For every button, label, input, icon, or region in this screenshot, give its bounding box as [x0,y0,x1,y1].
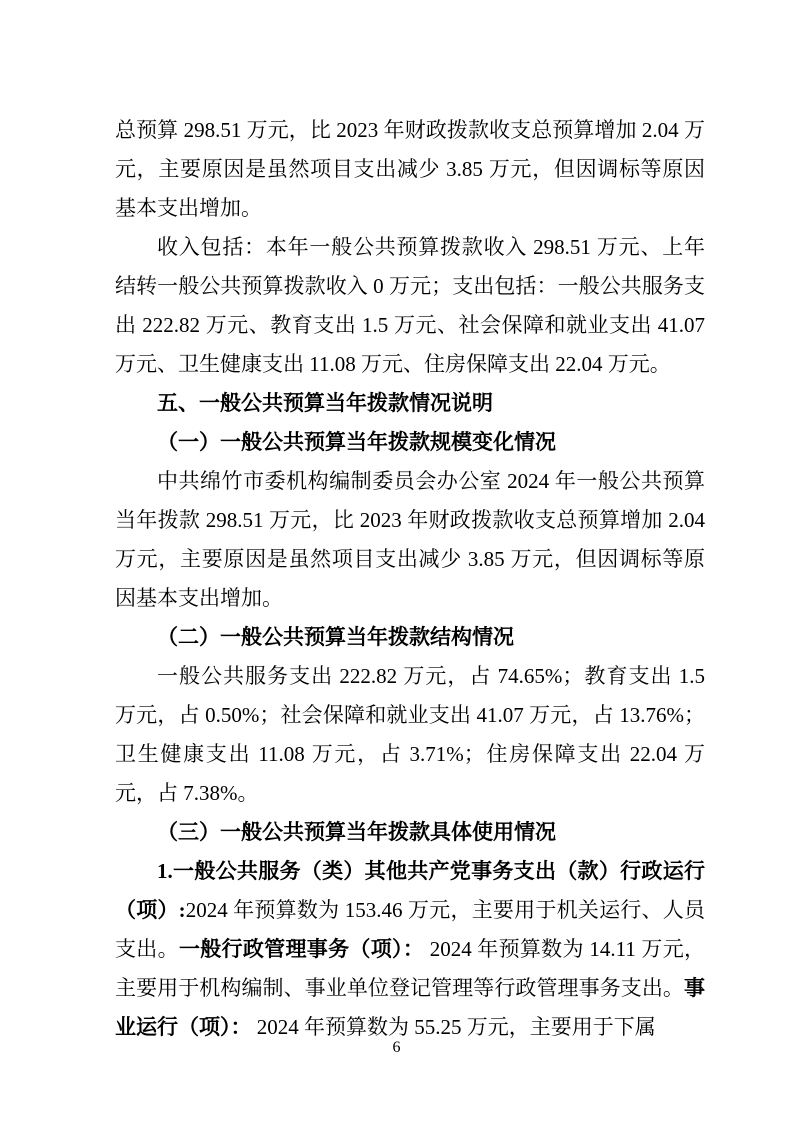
page-number: 6 [0,1036,793,1060]
heading-subsection-3: （三）一般公共预算当年拨款具体使用情况 [115,813,705,852]
paragraph-budget-carryover: 总预算 298.51 万元，比 2023 年财政拨款收支总预算增加 2.04 万… [115,111,705,228]
heading-subsection-2: （二）一般公共预算当年拨款结构情况 [115,618,705,657]
paragraph-structure: 一般公共服务支出 222.82 万元，占 74.65%；教育支出 1.5 万元，… [115,657,705,813]
heading-section-5: 五、一般公共预算当年拨款情况说明 [115,384,705,423]
paragraph-detail-usage: 1.一般公共服务（类）其他共产党事务支出（款）行政运行（项）:2024 年预算数… [115,852,705,1047]
document-body: 总预算 298.51 万元，比 2023 年财政拨款收支总预算增加 2.04 万… [115,111,705,1047]
paragraph-income-expenditure: 收入包括：本年一般公共预算拨款收入 298.51 万元、上年结转一般公共预算拨款… [115,228,705,384]
bold-run-item-2-title: 一般行政管理事务（项）： [179,937,424,961]
document-page: 总预算 298.51 万元，比 2023 年财政拨款收支总预算增加 2.04 万… [0,0,793,1122]
heading-subsection-1: （一）一般公共预算当年拨款规模变化情况 [115,423,705,462]
paragraph-scale-change: 中共绵竹市委机构编制委员会办公室 2024 年一般公共预算当年拨款 298.51… [115,462,705,618]
